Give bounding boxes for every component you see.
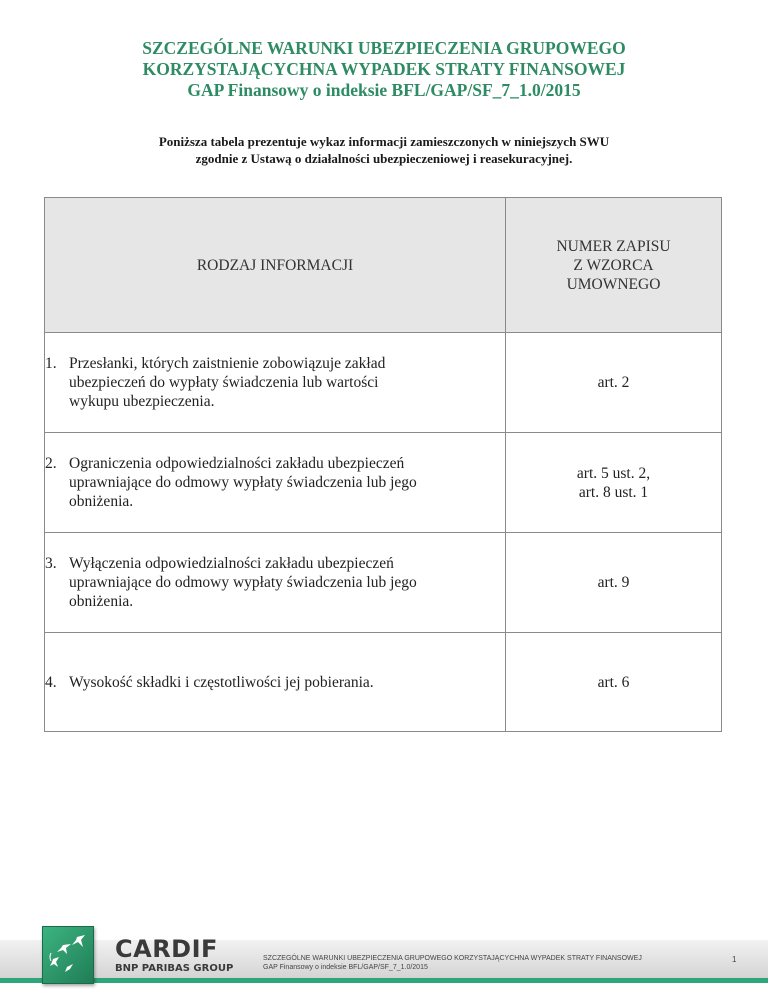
reference-line: art. 8 ust. 1 — [506, 483, 721, 502]
reference-line: art. 2 — [506, 373, 721, 392]
row-description: 2. Ograniczenia odpowiedzialności zakład… — [45, 433, 506, 533]
row-description: 3. Wyłączenia odpowiedzialności zakładu … — [45, 533, 506, 633]
intro-text: Poniższa tabela prezentuje wykaz informa… — [0, 133, 768, 167]
row-reference: art. 9 — [506, 533, 722, 633]
reference-line: art. 5 ust. 2, — [506, 464, 721, 483]
row-reference: art. 5 ust. 2, art. 8 ust. 1 — [506, 433, 722, 533]
table-row: 4. Wysokość składki i częstotliwości jej… — [45, 633, 722, 732]
title-line-3: GAP Finansowy o indeksie BFL/GAP/SF_7_1.… — [0, 80, 768, 101]
description-line: uprawniające do odmowy wypłaty świadczen… — [69, 473, 505, 492]
row-number: 4. — [45, 673, 69, 692]
description-line: Przesłanki, których zaistnienie zobowiąz… — [69, 354, 505, 373]
title-line-2: KORZYSTAJĄCYCHNA WYPADEK STRATY FINANSOW… — [0, 59, 768, 80]
row-number: 3. — [45, 554, 69, 611]
reference-line: art. 6 — [506, 673, 721, 692]
description-line: ubezpieczeń do wypłaty świadczenia lub w… — [69, 373, 505, 392]
reference-line: art. 9 — [506, 573, 721, 592]
header-line: NUMER ZAPISU — [506, 237, 721, 256]
table-row: 2. Ograniczenia odpowiedzialności zakład… — [45, 433, 722, 533]
row-description: 4. Wysokość składki i częstotliwości jej… — [45, 633, 506, 732]
footer-document-title: SZCZEGÓLNE WARUNKI UBEZPIECZENIA GRUPOWE… — [263, 954, 642, 972]
intro-line-1: Poniższa tabela prezentuje wykaz informa… — [0, 133, 768, 150]
brand-name: CARDIF — [115, 936, 233, 962]
description-line: Ograniczenia odpowiedzialności zakładu u… — [69, 454, 505, 473]
page-number: 1 — [732, 955, 736, 964]
header-information-type: RODZAJ INFORMACJI — [45, 198, 506, 333]
information-table: RODZAJ INFORMACJI NUMER ZAPISU Z WZORCA … — [44, 197, 722, 732]
description-line: Wysokość składki i częstotliwości jej po… — [69, 673, 505, 692]
footer-accent-line — [0, 978, 768, 983]
footer-line-2: GAP Finansowy o indeksie BFL/GAP/SF_7_1.… — [263, 963, 642, 972]
table-row: 3. Wyłączenia odpowiedzialności zakładu … — [45, 533, 722, 633]
description-line: wykupu ubezpieczenia. — [69, 392, 505, 411]
cardif-logo — [42, 926, 94, 984]
intro-line-2: zgodnie z Ustawą o działalności ubezpiec… — [0, 150, 768, 167]
row-reference: art. 6 — [506, 633, 722, 732]
table-header-row: RODZAJ INFORMACJI NUMER ZAPISU Z WZORCA … — [45, 198, 722, 333]
header-line: UMOWNEGO — [506, 275, 721, 294]
header-reference-number: NUMER ZAPISU Z WZORCA UMOWNEGO — [506, 198, 722, 333]
bnp-birds-icon — [47, 933, 89, 977]
brand-group: BNP PARIBAS GROUP — [115, 963, 233, 975]
description-line: obniżenia. — [69, 592, 505, 611]
header-line: Z WZORCA — [506, 256, 721, 275]
row-reference: art. 2 — [506, 333, 722, 433]
description-line: Wyłączenia odpowiedzialności zakładu ube… — [69, 554, 505, 573]
row-number: 1. — [45, 354, 69, 411]
document-title: SZCZEGÓLNE WARUNKI UBEZPIECZENIA GRUPOWE… — [0, 38, 768, 101]
description-line: uprawniające do odmowy wypłaty świadczen… — [69, 573, 505, 592]
row-description: 1. Przesłanki, których zaistnienie zobow… — [45, 333, 506, 433]
brand: CARDIF BNP PARIBAS GROUP — [115, 936, 233, 975]
title-line-1: SZCZEGÓLNE WARUNKI UBEZPIECZENIA GRUPOWE… — [0, 38, 768, 59]
footer-line-1: SZCZEGÓLNE WARUNKI UBEZPIECZENIA GRUPOWE… — [263, 954, 642, 963]
row-number: 2. — [45, 454, 69, 511]
table-row: 1. Przesłanki, których zaistnienie zobow… — [45, 333, 722, 433]
description-line: obniżenia. — [69, 492, 505, 511]
